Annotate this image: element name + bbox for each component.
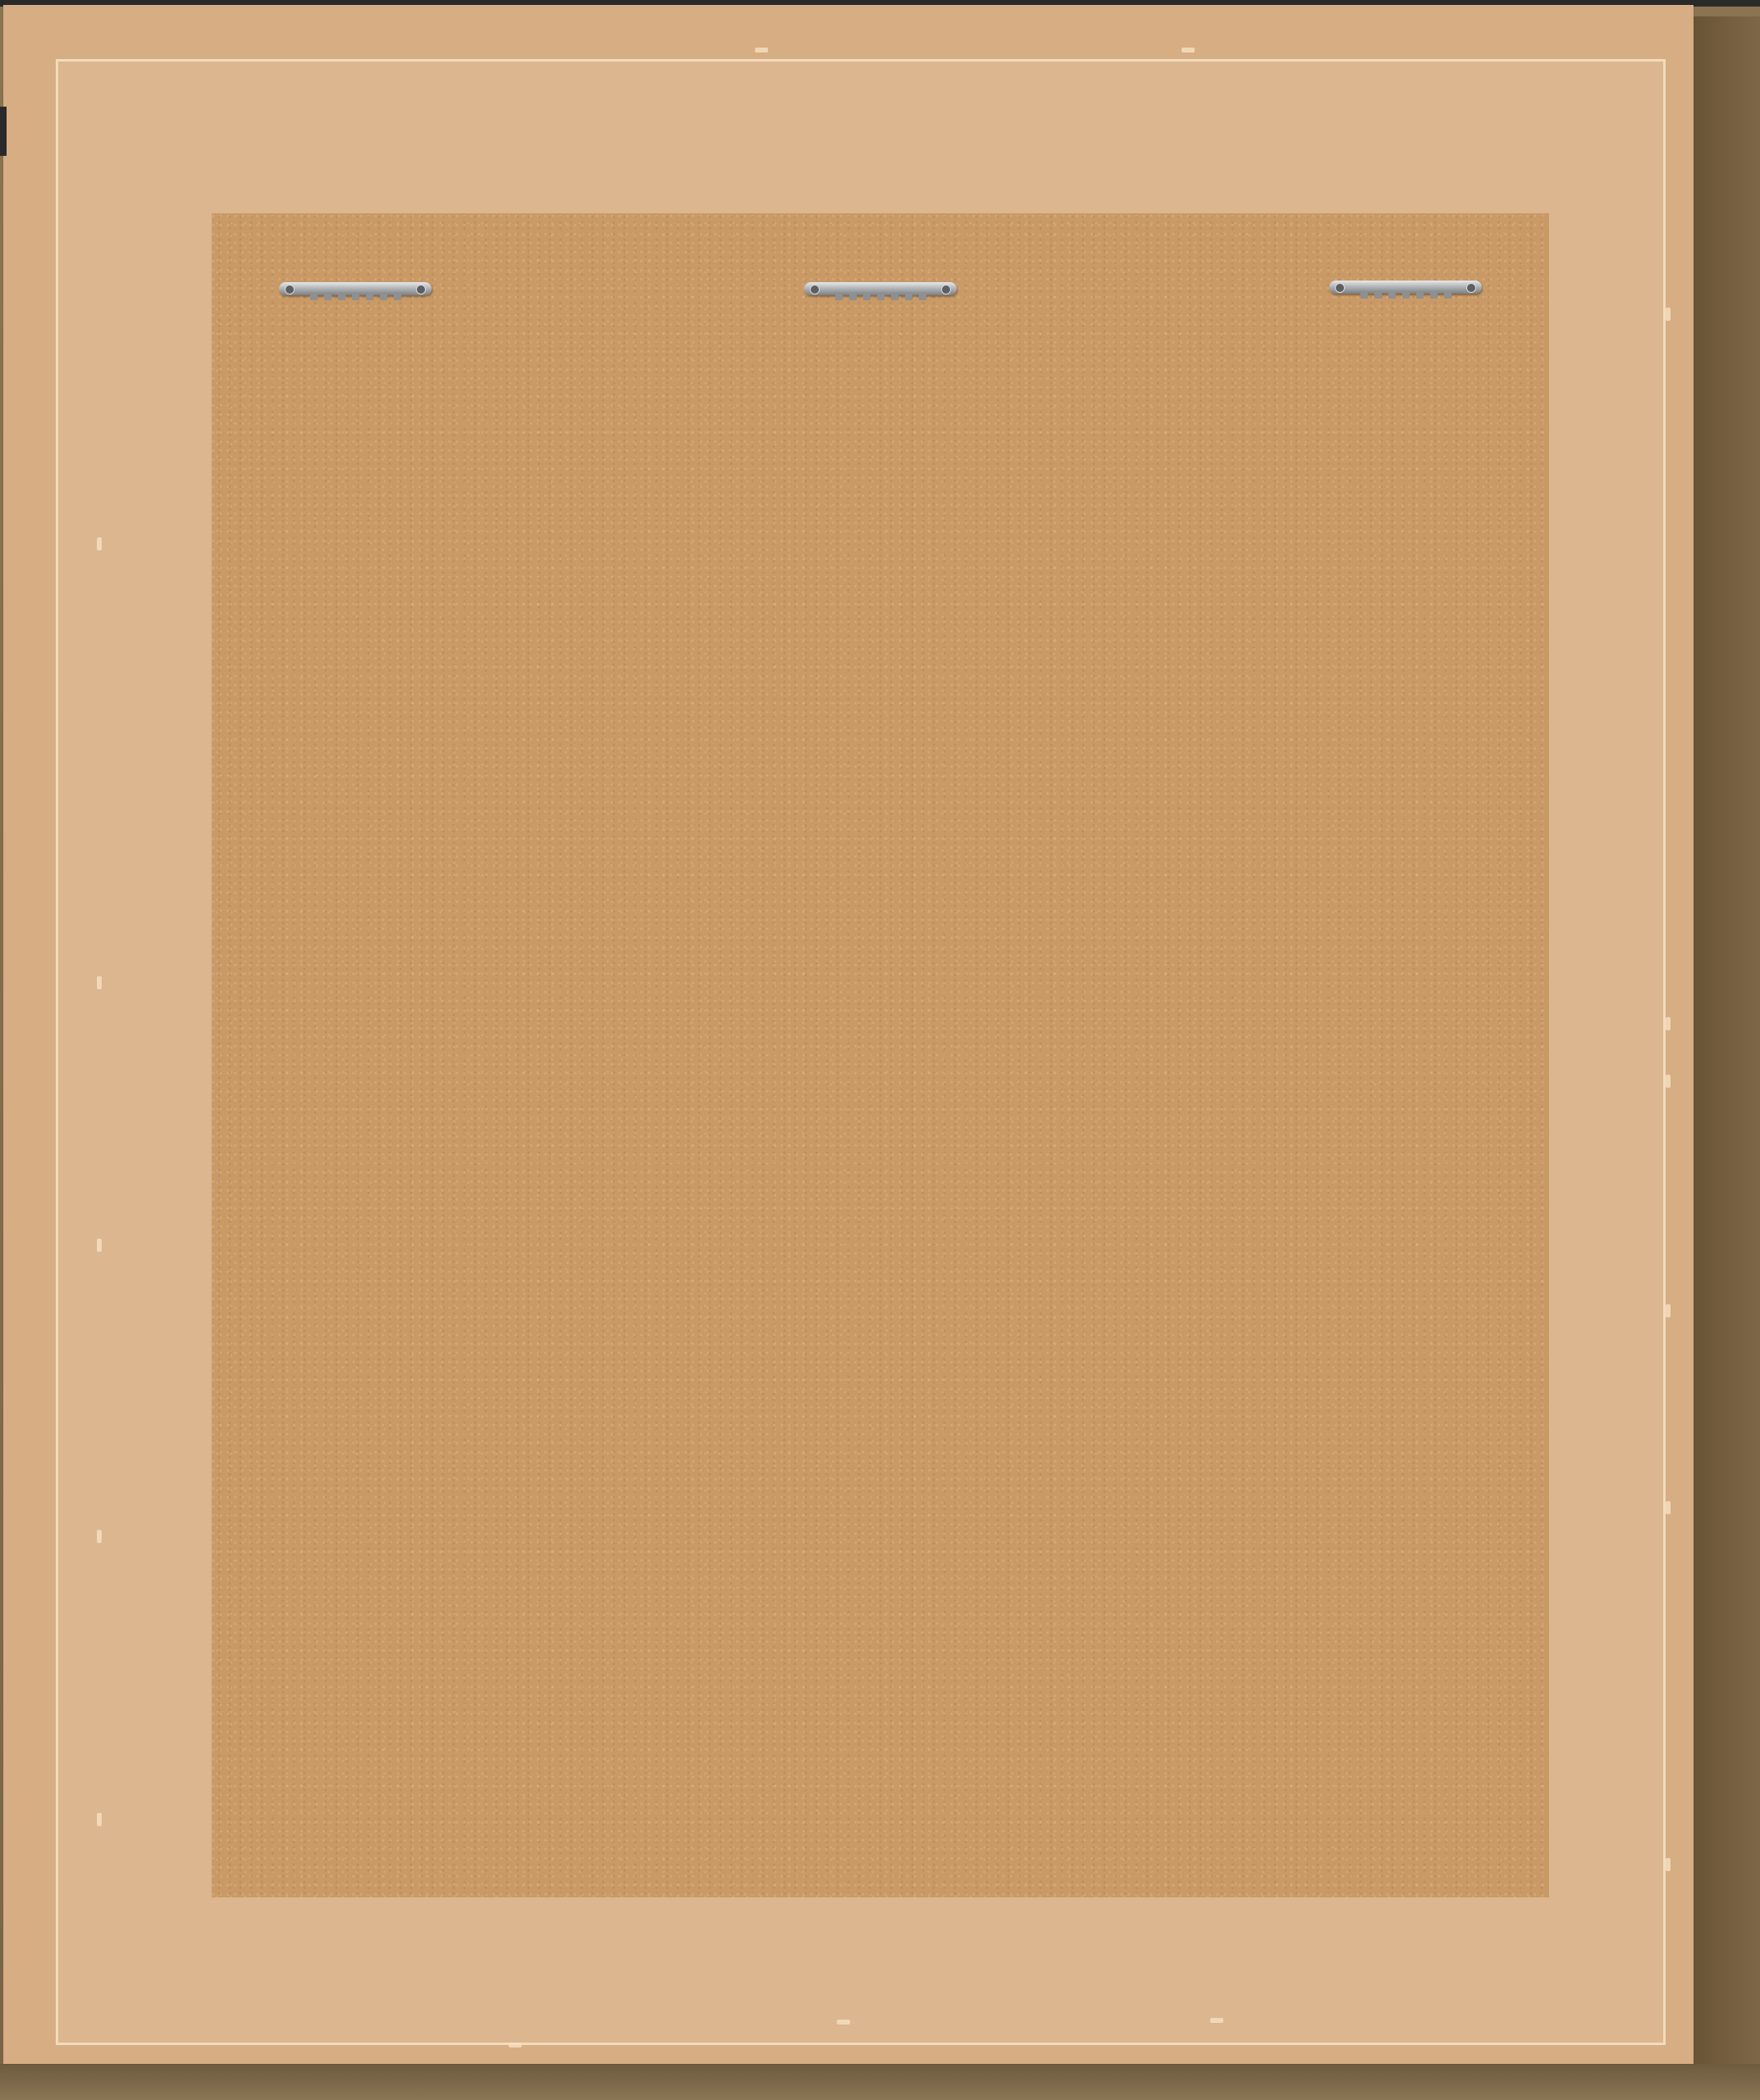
hanger-bar <box>279 282 432 295</box>
staple-mark <box>1182 48 1195 52</box>
nail-icon <box>810 285 820 294</box>
staple-mark <box>97 976 102 989</box>
staple-mark <box>755 48 768 52</box>
tape-left <box>58 213 212 1897</box>
sawtooth-hanger-left <box>279 279 432 300</box>
staple-mark <box>97 537 102 550</box>
staple-mark <box>97 1813 102 1826</box>
nail-icon <box>416 285 426 294</box>
hanger-teeth <box>1357 292 1454 299</box>
frame-bottom-shadow <box>0 2064 1760 2100</box>
staple-mark <box>837 2020 850 2025</box>
hanger-teeth <box>307 294 404 300</box>
staple-mark <box>97 1239 102 1252</box>
nail-icon <box>1466 283 1476 293</box>
staple-mark <box>1666 1075 1671 1088</box>
nail-icon <box>941 285 951 294</box>
staple-mark <box>509 2043 522 2047</box>
staple-mark <box>97 1530 102 1543</box>
staple-mark <box>1666 1501 1671 1514</box>
staple-mark <box>1666 1017 1671 1030</box>
tape-right <box>1549 213 1663 1897</box>
sawtooth-hanger-center <box>804 279 957 300</box>
tape-top <box>58 62 1663 213</box>
staple-mark <box>1666 308 1671 321</box>
staple-mark <box>1666 1304 1671 1317</box>
hanger-bar <box>1329 281 1482 294</box>
dark-background-left <box>0 107 7 156</box>
hanger-teeth <box>832 294 929 300</box>
tape-bottom <box>58 1897 1663 2043</box>
nail-icon <box>1335 283 1345 293</box>
staple-mark <box>1210 2018 1223 2023</box>
sawtooth-hanger-right <box>1329 277 1482 299</box>
hardboard-backing-panel <box>212 213 1549 1897</box>
nail-icon <box>285 285 295 294</box>
staple-mark <box>1666 1858 1671 1871</box>
frame-side-shadow <box>1694 16 1760 2100</box>
hanger-bar <box>804 282 957 295</box>
